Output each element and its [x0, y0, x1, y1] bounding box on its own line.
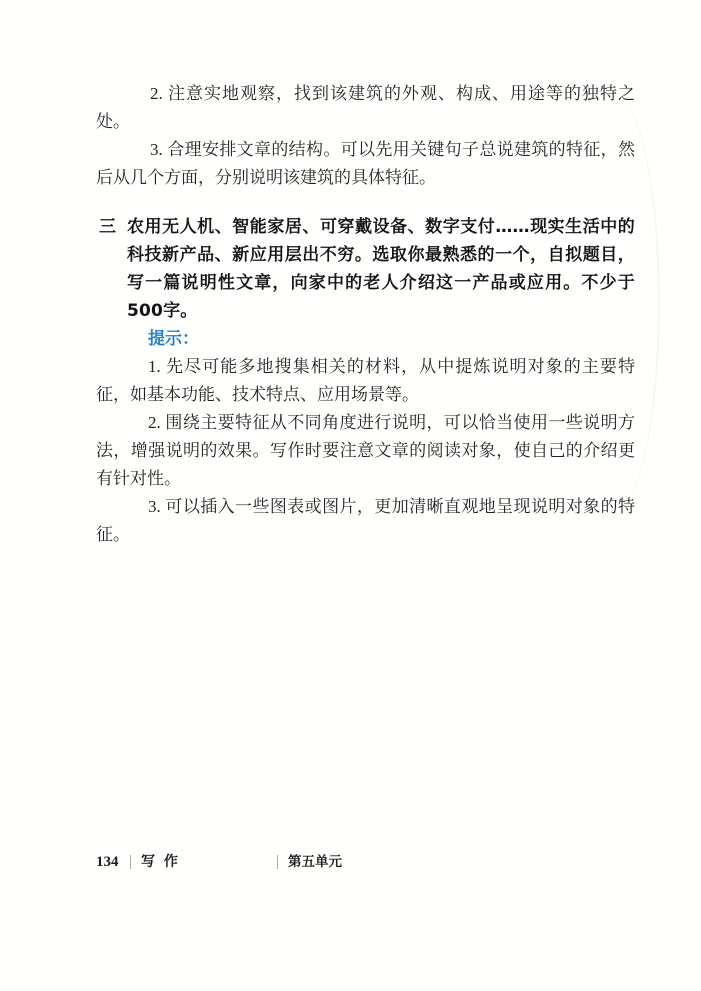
footer-divider-2: [277, 855, 278, 869]
footer-unit-label: 第五单元: [288, 851, 342, 873]
hint-item-1: 1. 先尽可能多地搜集相关的材料，从中提炼说明对象的主要特征，如基本功能、技术特…: [96, 353, 635, 409]
hint-label: 提示：: [148, 325, 635, 353]
exercise-three-number: 三: [99, 213, 116, 241]
exercise-three-prompt: 农用无人机、智能家居、可穿戴设备、数字支付……现实生活中的科技新产品、新应用层出…: [127, 213, 635, 325]
exercise-step-3: 3. 合理安排文章的结构。可以先用关键句子总说建筑的特征，然后从几个方面，分别说…: [96, 136, 635, 192]
page-footer: 134 写 作 第五单元: [0, 851, 701, 873]
footer-section-label: 写 作: [141, 851, 180, 873]
hint-item-3: 3. 可以插入一些图表或图片，更加清晰直观地呈现说明对象的特征。: [96, 493, 635, 549]
footer-divider-1: [130, 855, 131, 869]
hint-item-2: 2. 围绕主要特征从不同角度进行说明，可以恰当使用一些说明方法，增强说明的效果。…: [96, 409, 635, 493]
textbook-page: 2. 注意实地观察，找到该建筑的外观、构成、用途等的独特之处。 3. 合理安排文…: [0, 0, 701, 991]
exercise-three: 三 农用无人机、智能家居、可穿戴设备、数字支付……现实生活中的科技新产品、新应用…: [96, 213, 635, 325]
page-number: 134: [96, 851, 119, 873]
exercise-step-2: 2. 注意实地观察，找到该建筑的外观、构成、用途等的独特之处。: [96, 80, 635, 136]
page-content: 2. 注意实地观察，找到该建筑的外观、构成、用途等的独特之处。 3. 合理安排文…: [96, 80, 635, 549]
